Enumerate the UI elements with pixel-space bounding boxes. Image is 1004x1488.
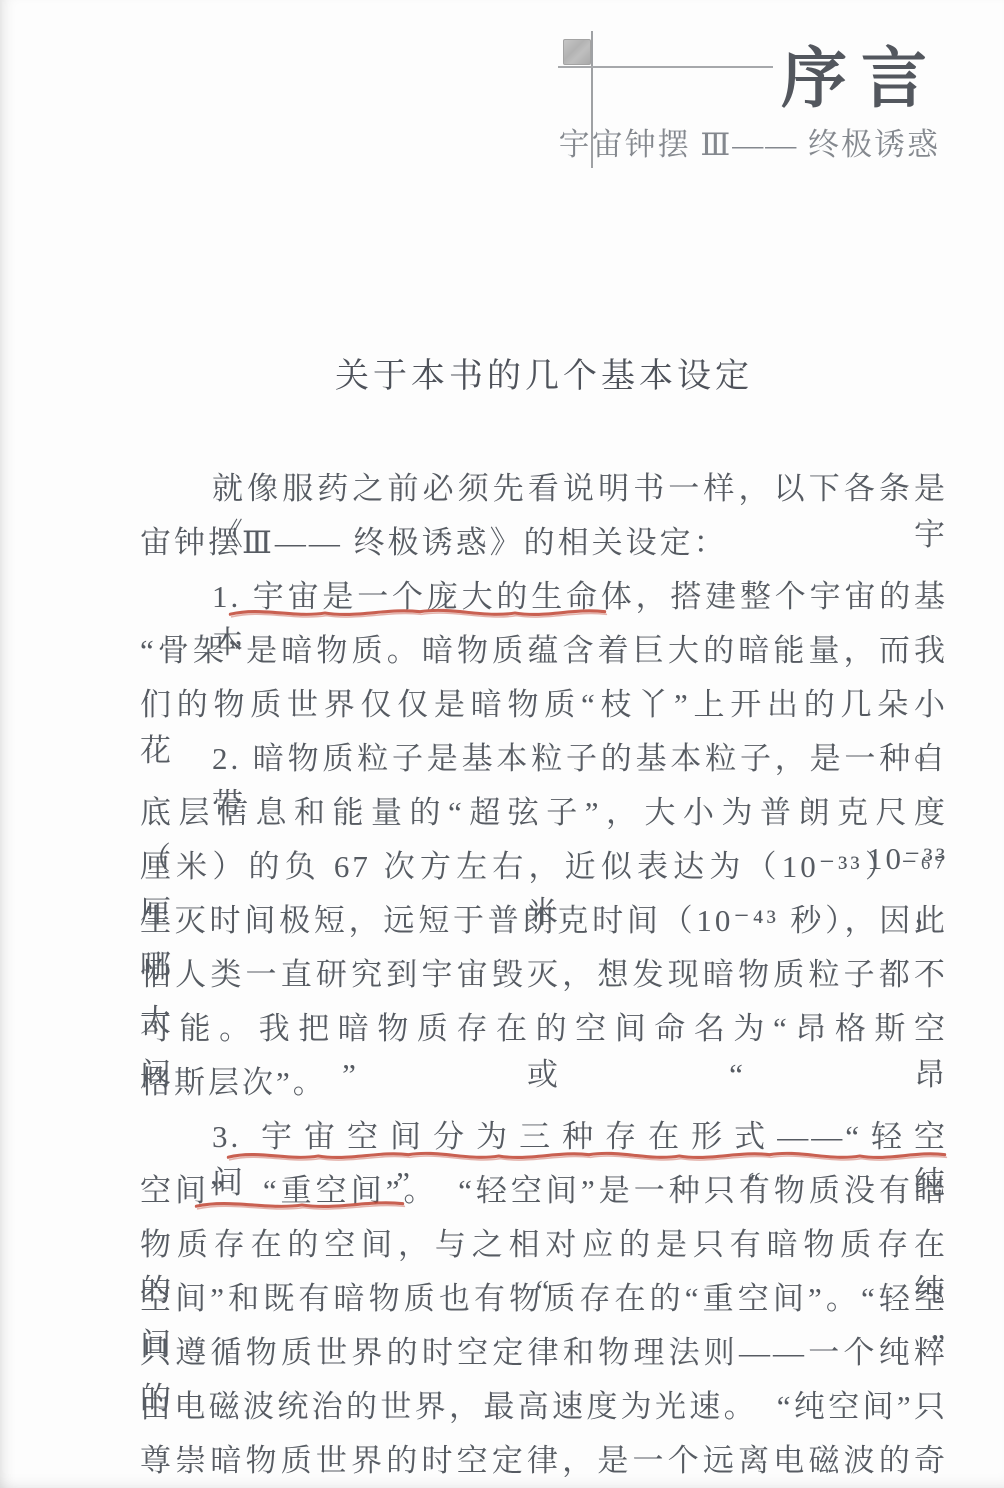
red-underline-annotation — [194, 1196, 406, 1214]
section-title: 关于本书的几个基本设定 — [140, 348, 948, 397]
text-line: 3. 宇宙空间分为三种存在形式——“轻空间” “纯 — [140, 1114, 948, 1168]
text-line: 格斯层次”。 — [140, 1060, 948, 1114]
text-line: 可能。我把暗物质存在的空间命名为“昂格斯空间”或“昂 — [140, 1006, 948, 1060]
text-line: “骨架”是暗物质。暗物质蕴含着巨大的暗能量，而我 — [140, 628, 948, 682]
text-line: 空间” “重空间”。 “轻空间”是一种只有物质没有暗 — [140, 1168, 948, 1222]
chapter-title: 序言 — [781, 44, 941, 117]
text-line: 2. 暗物质粒子是基本粒子的基本粒子，是一种自带 — [140, 736, 948, 790]
text-line: 怕人类一直研究到宇宙毁灭，想发现暗物质粒子都不太 — [140, 952, 948, 1006]
text-line: 就像服药之前必须先看说明书一样，以下各条是《宇 — [140, 466, 948, 520]
text-line: 生灭时间极短，远短于普朗克时间（10⁻⁴³ 秒），因此哪 — [140, 898, 948, 952]
body-text: 就像服药之前必须先看说明书一样，以下各条是《宇宙钟摆Ⅲ—— 终极诱惑》的相关设定… — [140, 466, 948, 1488]
book-series-subtitle: 宇宙钟摆 Ⅲ—— 终极诱惑 — [559, 126, 940, 163]
red-underline-annotation — [226, 1147, 948, 1165]
stamp-icon — [563, 39, 591, 65]
text-line: 们的物质世界仅仅是暗物质“枝丫”上开出的几朵小花。 — [140, 682, 948, 736]
text-line: 厘米）的负 67 次方左右，近似表达为（10⁻³³）⁻⁶⁷ 厘米， — [140, 844, 948, 898]
text-line: 1. 宇宙是一个庞大的生命体，搭建整个宇宙的基本 — [140, 574, 948, 628]
text-line: 只遵循物质世界的时空定律和物理法则——一个纯粹的 — [140, 1330, 948, 1384]
book-page: 序言 宇宙钟摆 Ⅲ—— 终极诱惑 关于本书的几个基本设定 就像服药之前必须先看说… — [0, 0, 1004, 1488]
text-line: 底层信息和能量的“超弦子”，大小为普朗克尺度（10⁻³³ — [140, 790, 948, 844]
text-line: 宙钟摆Ⅲ—— 终极诱惑》的相关设定： — [140, 520, 948, 574]
text-line: 空间”和既有暗物质也有物质存在的“重空间”。“轻空间” — [140, 1276, 948, 1330]
text-line: 尊崇暗物质世界的时空定律，是一个远离电磁波的奇异 — [140, 1438, 948, 1488]
text-line: 物质存在的空间，与之相对应的是只有暗物质存在的“纯 — [140, 1222, 948, 1276]
red-underline-annotation — [228, 604, 608, 622]
text-line: 由电磁波统治的世界，最高速度为光速。 “纯空间”只 — [140, 1384, 948, 1438]
header-horizontal-rule — [558, 66, 773, 68]
